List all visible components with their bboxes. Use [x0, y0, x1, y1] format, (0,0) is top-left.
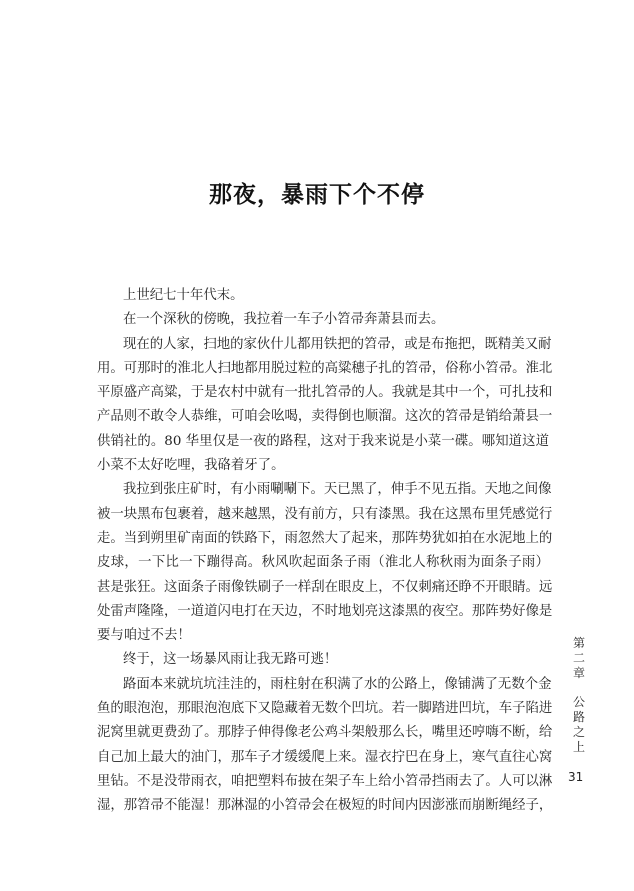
- section-char: 上: [572, 740, 586, 755]
- chapter-char: 二: [572, 651, 586, 666]
- text-line: 处雷声隆隆，一道道闪电打在天边，不时地划亮这漆黑的夜空。那阵势好像是: [97, 600, 549, 624]
- text-line: 湿，那笤帚不能湿！那淋湿的小笤帚会在极短的时间内因澎涨而崩断绳经子，: [97, 794, 549, 818]
- text-line: 现在的人家，扫地的家伙什儿都用铁把的笤帚，或是布拖把，既精美又耐: [97, 333, 549, 357]
- text-line: 路面本来就坑坑洼洼的，雨柱射在积满了水的公路上，像铺满了无数个金: [97, 673, 549, 697]
- text-line: 平原盛产高粱，于是农村中就有一批扎笤帚的人。我就是其中一个，可扎技和: [97, 381, 549, 405]
- chapter-char: 章: [572, 666, 586, 681]
- text-line: 我拉到张庄矿时，有小雨唰唰下。天已黑了，伸手不见五指。天地之间像: [97, 478, 549, 502]
- text-line: 鱼的眼泡泡，那眼泡泡底下又隐藏着无数个凹坑。若一脚踏进凹坑，车子陷进: [97, 697, 549, 721]
- text-line: 产品则不敢令人恭维，可咱会吆喝，卖得倒也顺溜。这次的笤帚是销给萧县一: [97, 405, 549, 429]
- text-line: 要与咱过不去！: [97, 624, 549, 648]
- text-line: 终于，这一场暴风雨让我无路可逃！: [97, 648, 549, 672]
- text-line: 上世纪七十年代末。: [97, 284, 549, 308]
- text-line: 自己加上最大的油门，那车子才缓缓爬上来。湿衣拧巴在身上，寒气直往心窝: [97, 746, 549, 770]
- running-header: 第 二 章 公 路 之 上: [572, 636, 586, 755]
- text-line: 在一个深秋的傍晚，我拉着一车子小笤帚奔萧县而去。: [97, 308, 549, 332]
- chapter-char: 第: [572, 636, 586, 651]
- text-line: 走。当到朔里矿南面的铁路下，雨忽然大了起来，那阵势犹如拍在水泥地上的: [97, 527, 549, 551]
- text-line: 用。可那时的淮北人扫地都用脱过粒的高粱穗子扎的笤帚，俗称小笤帚。淮北: [97, 357, 549, 381]
- text-line: 甚是张狂。这面条子雨像铁刷子一样刮在眼皮上，不仅刺痛还睁不开眼睛。远: [97, 576, 549, 600]
- text-line: 供销社的。80 华里仅是一夜的路程，这对于我来说是小菜一碟。哪知道这道: [97, 430, 549, 454]
- section-char: 之: [572, 725, 586, 740]
- page-number: 31: [568, 770, 583, 784]
- body-text: 上世纪七十年代末。在一个深秋的傍晚，我拉着一车子小笤帚奔萧县而去。现在的人家，扫…: [97, 284, 549, 819]
- text-line: 泥窝里就更费劲了。那脖子伸得像老公鸡斗架般那么长，嘴里还哼嗨不断，给: [97, 721, 549, 745]
- text-line: 小菜不太好吃哩，我硌着牙了。: [97, 454, 549, 478]
- text-line: 皮球，一下比一下蹦得高。秋风吹起面条子雨（淮北人称秋雨为面条子雨）: [97, 551, 549, 575]
- text-line: 里钻。不是没带雨衣，咱把塑料布披在架子车上给小笤帚挡雨去了。人可以淋: [97, 770, 549, 794]
- text-line: 被一块黑布包裹着，越来越黑，没有前方，只有漆黑。我在这黑布里凭感觉行: [97, 503, 549, 527]
- chapter-title: 那夜，暴雨下个不停: [0, 176, 634, 209]
- section-char: 公: [572, 695, 586, 710]
- section-char: 路: [572, 710, 586, 725]
